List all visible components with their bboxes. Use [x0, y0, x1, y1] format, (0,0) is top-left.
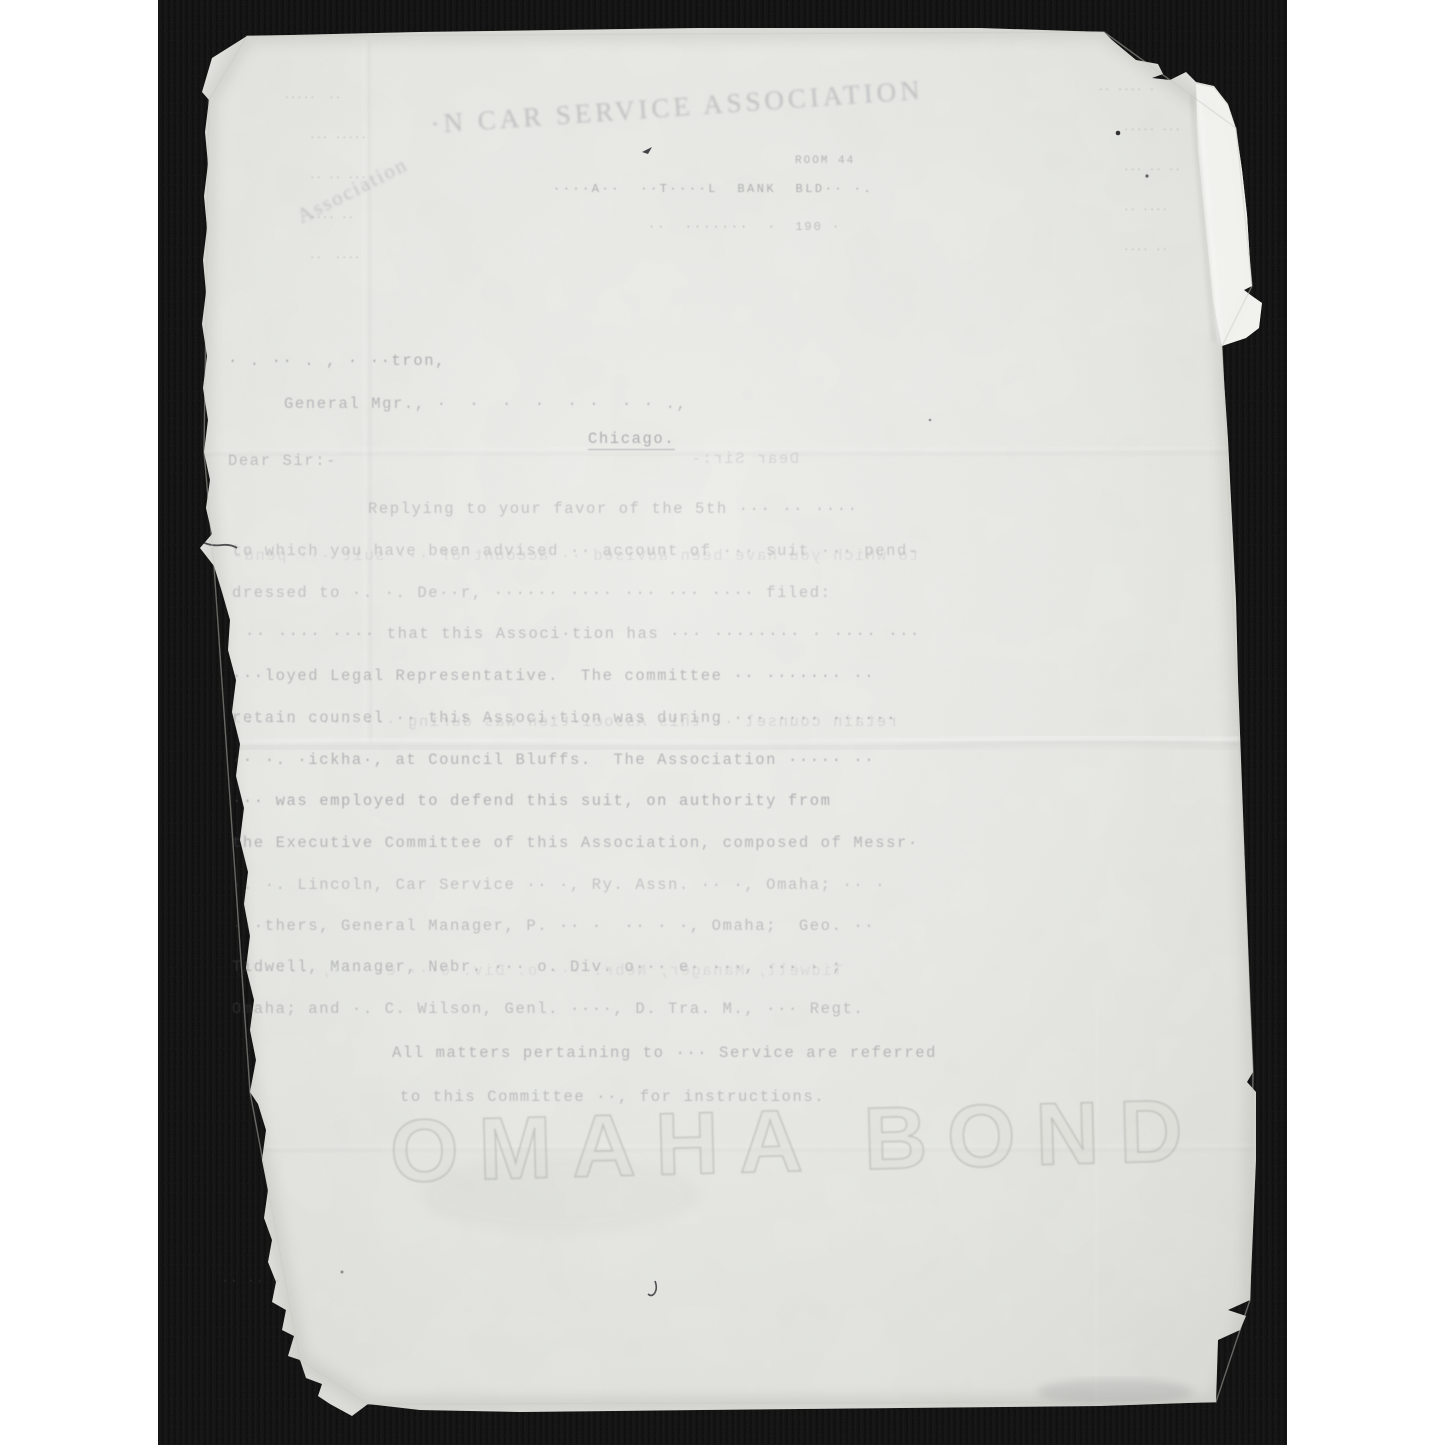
- omaha-bond-watermark: OMAHA BOND: [389, 1079, 1204, 1202]
- officer-line: ···· ··: [310, 213, 355, 223]
- address-line-city: Chicago.: [588, 430, 675, 448]
- officer-line: ··· ·····: [310, 133, 368, 143]
- city-underlined: Chicago.: [588, 430, 675, 450]
- mirror-ghost-line: retain counsel ·· this Associ·tion was d…: [232, 713, 897, 731]
- address-line-1: · . ·· . , · ··tron,: [228, 352, 446, 370]
- officer-line: ····· ···: [1124, 125, 1182, 135]
- mirror-ghost-line: to which you have been advised ·· accoun…: [232, 547, 919, 565]
- letterhead-date-line: ·· ······· · 190 ·: [648, 220, 841, 234]
- letter-line: the Executive Committee of this Associat…: [232, 834, 919, 852]
- officer-line: ·· ···· ·: [1098, 85, 1156, 95]
- salutation-mirror-ghost: Dear Sir:-: [690, 450, 799, 468]
- mirror-ghost-line: Tidwell, Manager, Nebr. ··· o. Div. o···…: [232, 962, 842, 980]
- salutation: Dear Sir:-: [228, 452, 337, 470]
- address-line-2: General Mgr., · · · · · · · · .,: [284, 395, 687, 413]
- letter-line: Replying to your favor of the 5th ··· ··…: [368, 500, 859, 518]
- letter-line: dressed to ·. ·. De··r, ······ ···· ··· …: [232, 584, 832, 602]
- pencil-scribble: ·· ·· ·: [222, 1276, 282, 1288]
- letter-line: ·· ···· ···· that this Associ·tion has ·…: [245, 625, 921, 643]
- letter-line: All matters pertaining to ··· Service ar…: [392, 1044, 937, 1062]
- officer-line: ·· ·· ···: [310, 173, 368, 183]
- letterhead-left-officers: ····· ·· ··· ····· ·· ·· ··· ···· ·· ·· …: [284, 88, 367, 268]
- officer-line: ·· ····: [310, 253, 361, 263]
- letter-line: ·· ·. ·ickha·, at Council Bluffs. The As…: [232, 751, 875, 769]
- officer-line: ··· ·· ··: [1124, 165, 1182, 175]
- letter-line: Omaha; and ·. C. Wilson, Genl. ····, D. …: [232, 1000, 864, 1018]
- letter-line: ··· was employed to defend this suit, on…: [232, 792, 832, 810]
- letterhead-room-line: ROOM 44: [795, 155, 855, 167]
- product-photo: ·N CAR SERVICE ASSOCIATION Association R…: [0, 0, 1445, 1445]
- letterhead-right-officers: ·· ···· · ····· ··· ··· ·· ·· ·· ···· ··…: [1098, 80, 1181, 260]
- officer-line: ·· ····: [1124, 205, 1169, 215]
- officer-line: ····· ··: [284, 93, 342, 103]
- officer-line: ···· ··: [1124, 245, 1169, 255]
- letter-line: ···loyed Legal Representative. The commi…: [232, 667, 875, 685]
- letterhead-building-line: ····A·· ··T····L BANK BLD·· ·.: [553, 182, 873, 196]
- letter-line: ···thers, General Manager, P. ·· · ·· · …: [232, 917, 875, 935]
- letter-line: ·. ·. Lincoln, Car Service ·· ·, Ry. Ass…: [232, 876, 886, 894]
